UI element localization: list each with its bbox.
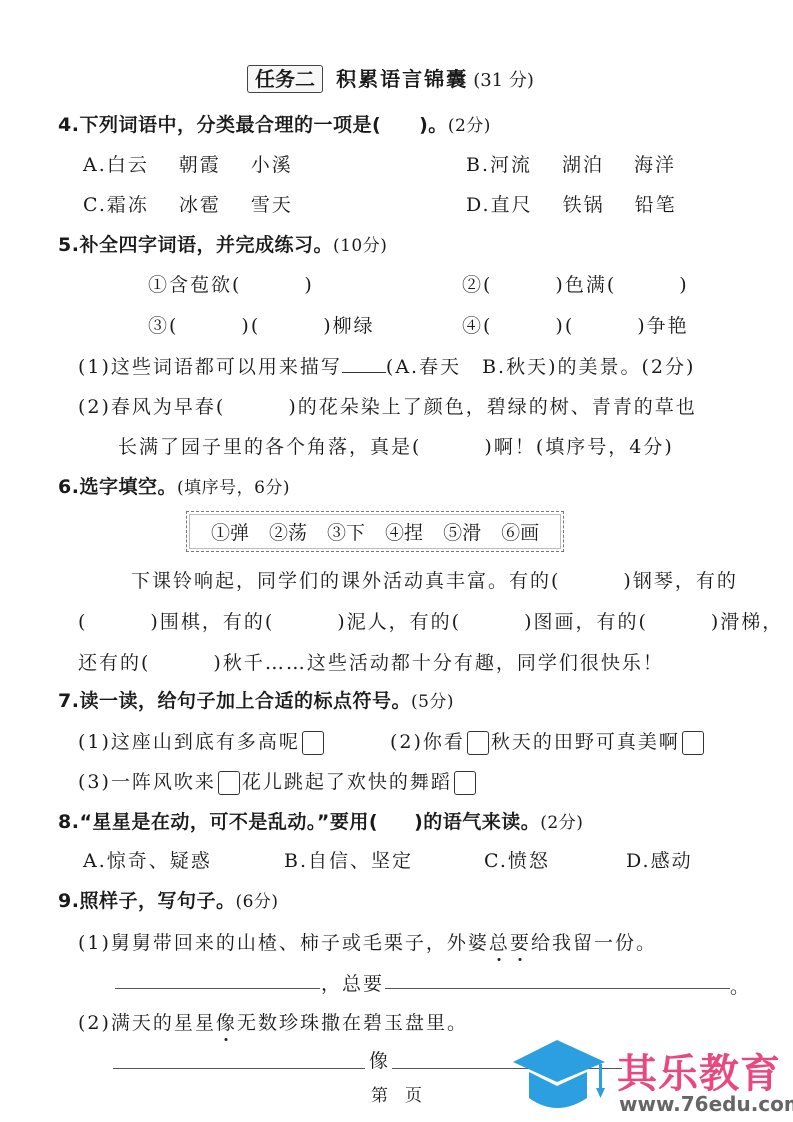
section-header: 任务二 积累语言锦囊 (31 分) xyxy=(247,63,534,92)
q6-word-bank: ①弹②荡③下④捏⑤滑⑥画 xyxy=(186,511,564,552)
q5-item-2[interactable]: ②( )色满( ) xyxy=(462,270,689,297)
question-5-stem: 5.补全四字词语，并完成练习。(10分) xyxy=(58,230,387,257)
section-tag: 任务二 xyxy=(247,65,323,93)
q4-option-d[interactable]: D.直尺铁锅铅笔 xyxy=(466,190,677,217)
q6-passage-line3[interactable]: 还有的( )秋千……这些活动都十分有趣，同学们很快乐！ xyxy=(78,648,664,675)
brand-name: 其乐教育 xyxy=(617,1042,781,1099)
q5-item-3[interactable]: ③( )( )柳绿 xyxy=(148,311,375,338)
q7-sentence-1: (1)这座山到底有多高呢 xyxy=(78,727,326,755)
q9-example-1: (1)舅舅带回来的山楂、柿子或毛栗子，外婆总要给我留一份。 xyxy=(78,928,657,955)
q7-sentence-3: (3)一阵风吹来花儿跳起了欢快的舞蹈 xyxy=(78,767,478,795)
q7-sentence-2: (2)你看秋天的田野可真美啊 xyxy=(390,727,706,755)
punctuation-box[interactable] xyxy=(682,731,704,755)
section-title: 积累语言锦囊 xyxy=(336,67,468,91)
q4-option-c[interactable]: C.霜冻冰雹雪天 xyxy=(83,190,293,217)
question-6-stem: 6.选字填空。(填序号，6分) xyxy=(58,472,290,499)
section-points: (31 分) xyxy=(473,70,534,91)
punctuation-box[interactable] xyxy=(218,771,240,795)
q5-sub-2-line2[interactable]: 长满了园子里的各个角落，真是( )啊！(填序号，4分) xyxy=(118,432,674,459)
q8-option-b[interactable]: B.自信、坚定 xyxy=(284,846,413,873)
page-number: 第 页 xyxy=(371,1081,422,1106)
graduation-cap-icon xyxy=(505,1032,615,1114)
q9-answer2-connector: 像 xyxy=(369,1046,390,1073)
q9-answer1-blank-b[interactable] xyxy=(385,988,730,989)
q6-passage-line2[interactable]: ( )围棋，有的( )泥人，有的( )图画，有的( )滑梯， xyxy=(78,607,783,634)
q4-option-a[interactable]: A.白云朝霞小溪 xyxy=(83,150,293,177)
question-8-stem: 8.“星星是在动，可不是乱动。”要用()的语气来读。(2分) xyxy=(58,807,583,834)
q8-option-a[interactable]: A.惊奇、疑惑 xyxy=(83,846,212,873)
brand-url: www.76edu.com xyxy=(619,1092,793,1116)
q9-answer2-blank-a[interactable] xyxy=(113,1068,365,1069)
punctuation-box[interactable] xyxy=(467,731,489,755)
question-9-stem: 9.照样子，写句子。(6分) xyxy=(58,886,279,913)
q5-item-4[interactable]: ④( )( )争艳 xyxy=(462,311,689,338)
q5-sub1-blank[interactable] xyxy=(342,354,386,373)
q9-answer1-end: 。 xyxy=(730,972,751,999)
q9-example-2: (2)满天的星星像无数珍珠撒在碧玉盘里。 xyxy=(78,1008,468,1035)
q8-option-d[interactable]: D.感动 xyxy=(626,846,693,873)
question-7-stem: 7.读一读，给句子加上合适的标点符号。(5分) xyxy=(58,686,454,713)
q4-option-b[interactable]: B.河流湖泊海洋 xyxy=(466,150,676,177)
q6-passage-line1[interactable]: 下课铃响起，同学们的课外活动真丰富。有的( )钢琴，有的 xyxy=(131,566,738,593)
question-4-stem: 4.下列词语中，分类最合理的一项是()。(2分) xyxy=(58,110,491,137)
q9-answer1-connector: ，总要 xyxy=(321,969,384,996)
q8-option-c[interactable]: C.愤怒 xyxy=(484,846,550,873)
q9-answer1-blank-a[interactable] xyxy=(115,988,320,989)
q5-sub-1: (1)这些词语都可以用来描写(A.春天 B.秋天)的美景。(2分) xyxy=(78,352,695,379)
watermark: 其乐教育 www.76edu.com xyxy=(505,1032,793,1122)
q5-sub-2-line1[interactable]: (2)春风为早春( )的花朵染上了颜色，碧绿的树、青青的草也 xyxy=(78,392,697,419)
punctuation-box[interactable] xyxy=(454,771,476,795)
q5-item-1[interactable]: ①含苞欲( ) xyxy=(148,270,314,297)
punctuation-box[interactable] xyxy=(302,731,324,755)
